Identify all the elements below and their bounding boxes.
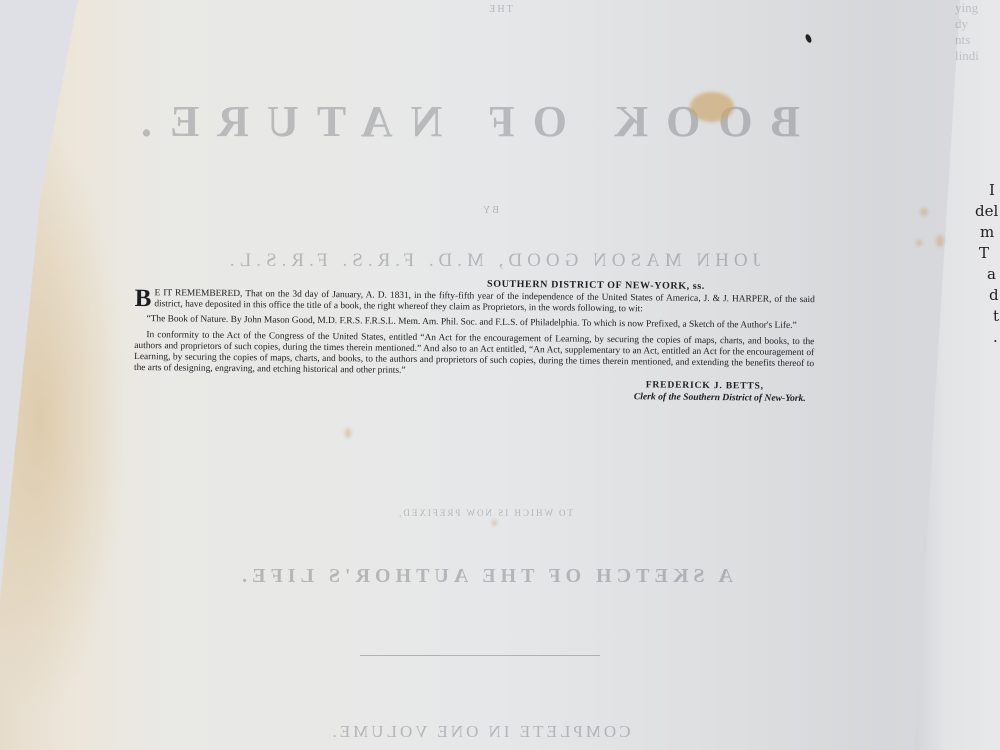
ghost-rule-divider — [360, 655, 600, 656]
entry-lead: E IT REMEMBERED, — [154, 288, 242, 299]
facing-page-text: I del m T a d t . — [975, 180, 1000, 348]
entry-paragraph: B E IT REMEMBERED, That on the 3d day of… — [135, 288, 815, 317]
conformity-paragraph: In conformity to the Act of the Congress… — [134, 330, 814, 381]
copyright-notice: SOUTHERN DISTRICT OF NEW-YORK, ss. B E I… — [134, 275, 815, 405]
ghost-text-the: THE — [460, 4, 540, 15]
entry-text: That on the 3d day of January, A. D. 183… — [154, 289, 814, 314]
foxing-stain — [920, 208, 928, 216]
book-title-quote: “The Book of Nature. By John Mason Good,… — [134, 314, 814, 332]
ghost-text-complete: COMPLETE IN ONE VOLUME. — [300, 722, 660, 742]
foxing-stain — [345, 428, 351, 438]
foxing-stain — [492, 520, 497, 526]
ghost-text-by: BY — [450, 205, 530, 216]
drop-cap: B — [135, 289, 152, 309]
foxing-stain — [690, 92, 734, 122]
foxing-stain — [936, 235, 944, 247]
facing-page-ghost-text: ying dy nts lindi — [955, 0, 979, 64]
foxing-stain — [916, 240, 922, 246]
ghost-text-sketch: A SKETCH OF THE AUTHOR'S LIFE. — [220, 565, 750, 588]
ghost-text-author: JOHN MASON GOOD, M.D. F.R.S. F.R.S.L. — [240, 250, 760, 272]
ghost-text-prefixed: TO WHICH IS NOW PREFIXED, — [350, 508, 620, 518]
